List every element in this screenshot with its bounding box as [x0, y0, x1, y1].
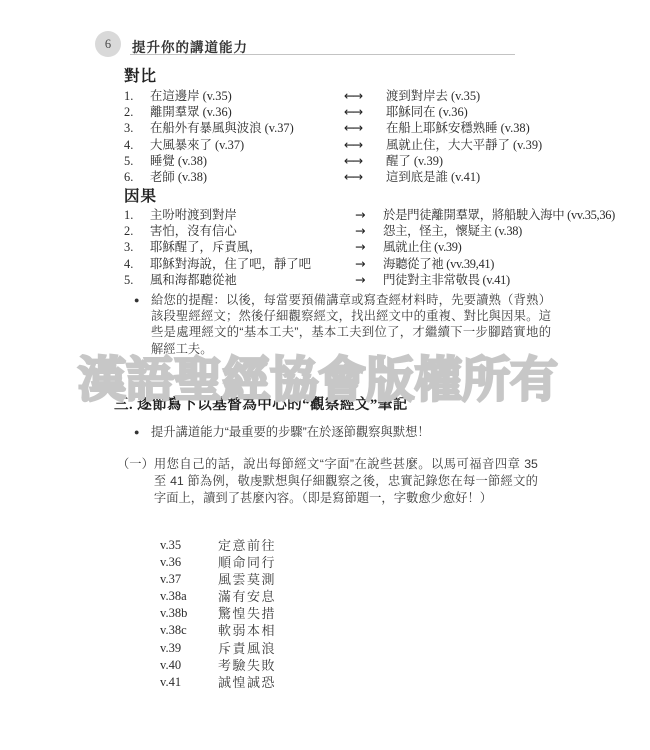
cause-effect-heading: 因果: [124, 184, 157, 206]
verse-note-text: 考驗失敗: [218, 657, 276, 674]
effect-text: 怨主，怪主，懷疑主 (v.38): [383, 224, 644, 239]
verse-reference: v.35: [160, 537, 218, 554]
right-arrow-icon: →: [355, 239, 383, 254]
item-number: 3.: [124, 240, 150, 255]
contrast-list-item: 5. 睡覺 (v.38) ←→ 醒了 (v.39): [124, 153, 644, 169]
contrast-right-text: 風就止住，大大平靜了 (v.39): [386, 138, 644, 153]
item-one-label: （一）: [117, 456, 154, 507]
verse-note-row: v.39 斥責風浪: [160, 640, 276, 657]
effect-text: 風就止住 (v.39): [383, 240, 644, 255]
verse-note-text: 斥責風浪: [218, 640, 276, 657]
contrast-left-text: 離開羣眾 (v.36): [150, 105, 344, 120]
bullet-icon: ●: [134, 424, 151, 440]
item-number: 2.: [124, 224, 150, 239]
bullet-icon: ●: [134, 292, 151, 357]
header-rule: [130, 54, 515, 55]
verse-reference: v.37: [160, 571, 218, 588]
item-number: 3.: [124, 121, 150, 136]
contrast-list-item: 3. 在船外有暴風與波浪 (v.37) ←→ 在船上耶穌安穩熟睡 (v.38): [124, 120, 644, 136]
contrast-list-item: 6. 老師 (v.38) ←→ 這到底是誰 (v.41): [124, 169, 644, 185]
effect-text: 於是門徒離開羣眾，將船駛入海中 (vv.35,36): [383, 208, 644, 223]
verse-note-row: v.41 誠惶誠恐: [160, 674, 276, 691]
item-number: 1.: [124, 208, 150, 223]
cause-effect-list-item: 1. 主吩咐渡到對岸 → 於是門徒離開羣眾，將船駛入海中 (vv.35,36): [124, 207, 644, 223]
verse-note-text: 順命同行: [218, 554, 276, 571]
item-number: 4.: [124, 257, 150, 272]
verse-note-row: v.38b 驚惶失措: [160, 605, 276, 622]
effect-text: 海聽從了祂 (vv.39,41): [383, 257, 644, 272]
right-arrow-icon: →: [355, 207, 383, 222]
contrast-list-item: 4. 大風暴來了 (v.37) ←→ 風就止住，大大平靜了 (v.39): [124, 137, 644, 153]
contrast-right-text: 渡到對岸去 (v.35): [386, 89, 644, 104]
item-number: 4.: [124, 138, 150, 153]
left-right-arrow-icon: ←→: [344, 137, 386, 152]
numbered-item-one: （一） 用您自己的話，說出每節經文“字面”在說些甚麼。以馬可福音四章 35 至 …: [117, 456, 538, 507]
left-right-arrow-icon: ←→: [344, 153, 386, 168]
verse-reference: v.38a: [160, 588, 218, 605]
section-three-bullet-paragraph: ● 提升講道能力“最重要的步驟”在於逐節觀察與默想！: [134, 424, 554, 440]
cause-effect-list: 1. 主吩咐渡到對岸 → 於是門徒離開羣眾，將船駛入海中 (vv.35,36) …: [124, 207, 644, 288]
contrast-left-text: 大風暴來了 (v.37): [150, 138, 344, 153]
section-three-title: 三. 逐節寫下以基督為中心的“觀察經文”筆記: [114, 393, 408, 414]
section-three-bullet-text: 提升講道能力“最重要的步驟”在於逐節觀察與默想！: [151, 424, 551, 440]
contrast-left-text: 老師 (v.38): [150, 170, 344, 185]
book-page: 6 提升你的講道能力 對比 1. 在這邊岸 (v.35) ←→ 渡到對岸去 (v…: [0, 0, 650, 750]
contrast-list-item: 2. 離開羣眾 (v.36) ←→ 耶穌同在 (v.36): [124, 104, 644, 120]
contrast-right-text: 在船上耶穌安穩熟睡 (v.38): [386, 121, 644, 136]
verse-note-row: v.37 風雲莫測: [160, 571, 276, 588]
verse-note-row: v.38a 滿有安息: [160, 588, 276, 605]
item-number: 1.: [124, 89, 150, 104]
contrast-right-text: 這到底是誰 (v.41): [386, 170, 644, 185]
reminder-paragraph: ● 給您的提醒：以後，每當要預備講章或寫查經材料時，先要讀熟（背熟）該段聖經經文…: [134, 292, 554, 357]
page-number: 6: [105, 37, 111, 52]
cause-text: 主吩咐渡到對岸: [150, 208, 355, 223]
right-arrow-icon: →: [355, 223, 383, 238]
running-header-title: 提升你的講道能力: [132, 36, 248, 56]
left-right-arrow-icon: ←→: [344, 120, 386, 135]
verse-reference: v.36: [160, 554, 218, 571]
contrast-left-text: 在船外有暴風與波浪 (v.37): [150, 121, 344, 136]
contrast-left-text: 睡覺 (v.38): [150, 154, 344, 169]
verse-note-row: v.36 順命同行: [160, 554, 276, 571]
effect-text: 門徒對主非常敬畏 (v.41): [383, 273, 644, 288]
verse-note-row: v.38c 軟弱本相: [160, 622, 276, 639]
verse-reference: v.38c: [160, 622, 218, 639]
left-right-arrow-icon: ←→: [344, 88, 386, 103]
reminder-text: 給您的提醒：以後，每當要預備講章或寫查經材料時，先要讀熟（背熟）該段聖經經文；然…: [151, 292, 551, 357]
cause-effect-list-item: 4. 耶穌對海說，住了吧，靜了吧 → 海聽從了祂 (vv.39,41): [124, 256, 644, 272]
verse-reference: v.41: [160, 674, 218, 691]
verse-note-text: 定意前往: [218, 537, 276, 554]
verse-note-text: 誠惶誠恐: [218, 674, 276, 691]
item-one-text: 用您自己的話，說出每節經文“字面”在說些甚麼。以馬可福音四章 35 至 41 節…: [154, 456, 538, 507]
verse-reference: v.40: [160, 657, 218, 674]
item-number: 2.: [124, 105, 150, 120]
contrast-right-text: 耶穌同在 (v.36): [386, 105, 644, 120]
page-number-badge: 6: [95, 31, 121, 57]
item-number: 5.: [124, 154, 150, 169]
cause-effect-list-item: 2. 害怕，沒有信心 → 怨主，怪主，懷疑主 (v.38): [124, 223, 644, 239]
left-right-arrow-icon: ←→: [344, 169, 386, 184]
verse-reference: v.38b: [160, 605, 218, 622]
cause-text: 耶穌對海說，住了吧，靜了吧: [150, 257, 355, 272]
item-number: 5.: [124, 273, 150, 288]
contrast-list-item: 1. 在這邊岸 (v.35) ←→ 渡到對岸去 (v.35): [124, 88, 644, 104]
verse-reference: v.39: [160, 640, 218, 657]
verse-note-text: 滿有安息: [218, 588, 276, 605]
verse-note-text: 風雲莫測: [218, 571, 276, 588]
contrast-right-text: 醒了 (v.39): [386, 154, 644, 169]
cause-text: 害怕，沒有信心: [150, 224, 355, 239]
left-right-arrow-icon: ←→: [344, 104, 386, 119]
item-number: 6.: [124, 170, 150, 185]
contrast-left-text: 在這邊岸 (v.35): [150, 89, 344, 104]
verse-note-text: 驚惶失措: [218, 605, 276, 622]
verse-note-text: 軟弱本相: [218, 622, 276, 639]
verse-notes-list: v.35 定意前往 v.36 順命同行 v.37 風雲莫測 v.38a 滿有安息…: [160, 537, 276, 691]
contrast-heading: 對比: [124, 64, 157, 86]
verse-note-row: v.40 考驗失敗: [160, 657, 276, 674]
cause-text: 風和海都聽從祂: [150, 273, 355, 288]
contrast-list: 1. 在這邊岸 (v.35) ←→ 渡到對岸去 (v.35) 2. 離開羣眾 (…: [124, 88, 644, 185]
verse-note-row: v.35 定意前往: [160, 537, 276, 554]
cause-text: 耶穌醒了，斥責風，: [150, 240, 355, 255]
cause-effect-list-item: 5. 風和海都聽從祂 → 門徒對主非常敬畏 (v.41): [124, 272, 644, 288]
cause-effect-list-item: 3. 耶穌醒了，斥責風， → 風就止住 (v.39): [124, 239, 644, 255]
right-arrow-icon: →: [355, 272, 383, 287]
right-arrow-icon: →: [355, 256, 383, 271]
